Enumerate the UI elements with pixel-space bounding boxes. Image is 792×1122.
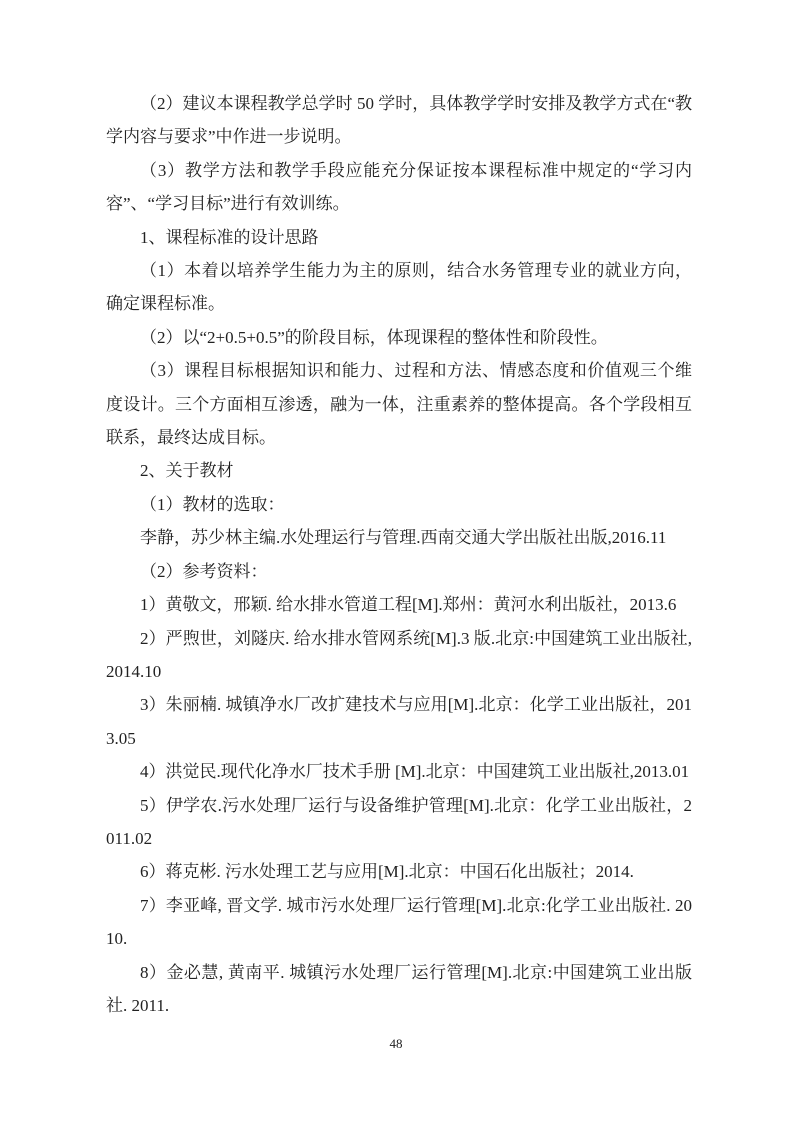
reference-item: 8）金必慧, 黄南平. 城镇污水处理厂运行管理[M].北京:中国建筑工业出版社.… (106, 956, 692, 1023)
paragraph: （2）参考资料： (106, 555, 692, 588)
paragraph: （3）课程目标根据知识和能力、过程和方法、情感态度和价值观三个维度设计。三个方面… (106, 354, 692, 454)
paragraph: 李静，苏少林主编.水处理运行与管理.西南交通大学出版社出版,2016.11 (106, 521, 692, 554)
reference-item: 4）洪觉民.现代化净水厂技术手册 [M].北京：中国建筑工业出版社,2013.0… (106, 755, 692, 788)
reference-item: 2）严煦世，刘隧庆. 给水排水管网系统[M].3 版.北京:中国建筑工业出版社,… (106, 622, 692, 689)
reference-item: 7）李亚峰, 晋文学. 城市污水处理厂运行管理[M].北京:化学工业出版社. 2… (106, 889, 692, 956)
paragraph: （1）教材的选取： (106, 488, 692, 521)
section-heading: 1、课程标准的设计思路 (106, 221, 692, 254)
page-number: 48 (0, 1036, 792, 1052)
reference-item: 3）朱丽楠. 城镇净水厂改扩建技术与应用[M].北京：化学工业出版社，2013.… (106, 688, 692, 755)
paragraph: （3）教学方法和教学手段应能充分保证按本课程标准中规定的“学习内容”、“学习目标… (106, 154, 692, 221)
paragraph: （1）本着以培养学生能力为主的原则，结合水务管理专业的就业方向，确定课程标准。 (106, 254, 692, 321)
section-heading: 2、关于教材 (106, 454, 692, 487)
document-page: （2）建议本课程教学总学时 50 学时，具体教学学时安排及教学方式在“教学内容与… (0, 0, 792, 1122)
reference-item: 5）伊学农.污水处理厂运行与设备维护管理[M].北京：化学工业出版社，2011.… (106, 789, 692, 856)
reference-item: 6）蒋克彬. 污水处理工艺与应用[M].北京：中国石化出版社；2014. (106, 855, 692, 888)
paragraph: （2）以“2+0.5+0.5”的阶段目标，体现课程的整体性和阶段性。 (106, 321, 692, 354)
reference-item: 1）黄敬文，邢颖. 给水排水管道工程[M].郑州：黄河水利出版社，2013.6 (106, 588, 692, 621)
paragraph: （2）建议本课程教学总学时 50 学时，具体教学学时安排及教学方式在“教学内容与… (106, 87, 692, 154)
document-body: （2）建议本课程教学总学时 50 学时，具体教学学时安排及教学方式在“教学内容与… (106, 87, 692, 1022)
